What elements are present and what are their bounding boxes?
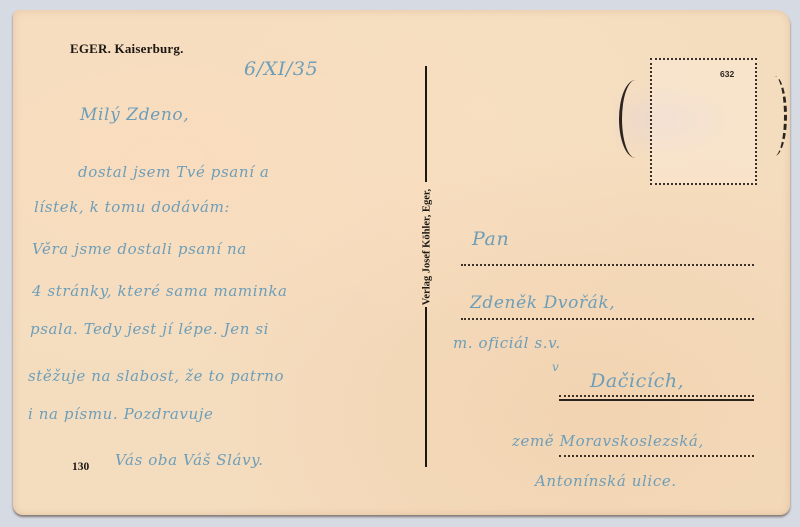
- postmark-arc-left: [619, 80, 652, 158]
- address-line-6: Antonínská ulice.: [535, 472, 677, 490]
- address-line-2: Zdeněk Dvořák,: [470, 293, 615, 313]
- handwritten-date: 6/XI/35: [244, 58, 318, 80]
- message-line-1: dostal jsem Tvé psaní a: [78, 163, 269, 181]
- publisher-imprint: Verlag Josef Köhler, Eger,: [422, 189, 433, 305]
- address-line-4: Dačicích,: [590, 370, 684, 392]
- message-line-6: stěžuje na slabost, že to patrno: [28, 367, 284, 385]
- salutation: Milý Zdeno,: [80, 105, 189, 125]
- card-number: 130: [72, 461, 89, 473]
- stamp-box: [650, 58, 757, 185]
- address-line-3: m. oficiál s.v.: [453, 334, 561, 352]
- stamp-box-number: 632: [720, 69, 734, 79]
- address-dotted-line-2: [461, 318, 754, 320]
- address-dotted-line-4: [559, 455, 754, 457]
- message-line-7: i na písmu. Pozdravuje: [28, 405, 213, 423]
- divider-line-bottom: [425, 307, 427, 467]
- address-line-5: země Moravskoslezská,: [512, 432, 704, 450]
- message-line-2: lístek, k tomu dodávám:: [34, 198, 230, 216]
- address-line-4-prefix: v: [552, 360, 559, 374]
- message-line-4: 4 stránky, které sama maminka: [32, 282, 288, 300]
- divider-line-top: [425, 66, 427, 182]
- address-dotted-line-1: [461, 264, 754, 266]
- postmark-arc-right: [762, 76, 787, 156]
- printed-title: EGER. Kaiserburg.: [70, 41, 184, 57]
- address-solid-underline: [559, 399, 754, 401]
- message-line-3: Věra jsme dostali psaní na: [32, 240, 247, 258]
- address-dotted-line-3: [559, 395, 754, 397]
- message-line-8: Vás oba Váš Slávy.: [115, 451, 264, 469]
- message-line-5: psala. Tedy jest jí lépe. Jen si: [30, 320, 269, 338]
- address-line-1: Pan: [472, 228, 509, 250]
